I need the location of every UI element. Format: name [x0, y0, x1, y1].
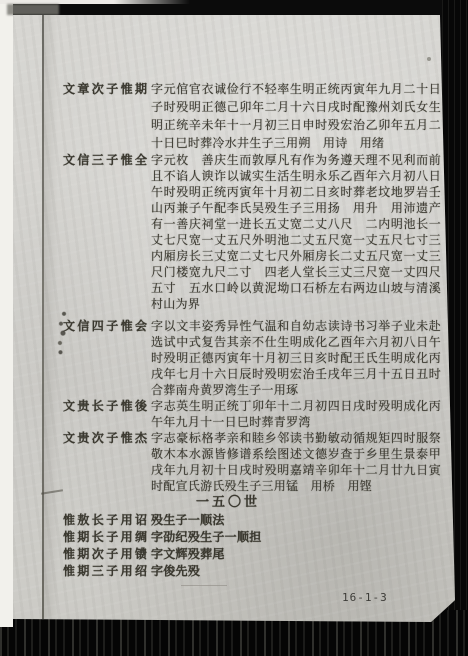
scan-margin-left — [0, 3, 13, 627]
genealogy-entry: 文信三子惟全 字元枚 善庆生而敦厚凡有作为务遵天理不见利而前且不谄人谀诈以诚实生… — [63, 152, 441, 312]
genealogy-entry: 文信四子惟会 字以文丰姿秀异性气温和自幼志读诗书习举子业未赴选试中式复告其亲不仕… — [63, 318, 441, 398]
genealogy-page: 文章次子惟期 字元倌官衣诚俭行不轻率生明正统丙寅年九月二十日子时殁明正德己卯年二… — [13, 15, 455, 622]
entry-person-name: 文贵长子惟後 — [63, 398, 151, 414]
entry-biography: 字以文丰姿秀异性气温和自幼志读诗书习举子业未赴选试中式复告其亲不仕生明成化乙酉年… — [151, 318, 441, 398]
page-number: 16-1-3 — [342, 591, 388, 604]
generation-list: 惟敖长子用诏 殁生子一顺法 惟期长子用绸 字劭纪殁生子一顺担 惟期次子用镄 字文… — [63, 512, 441, 580]
generation-entry: 惟期长子用绸 字劭纪殁生子一顺担 — [63, 529, 441, 546]
entry-biography: 字志豪标格孝亲和睦乡邻读书勤敏动循规矩四时服祭敬木本水源皆修谱系绘图述文德岁查于… — [151, 430, 441, 494]
genealogy-entry: 文贵次子惟杰 字志豪标格孝亲和睦乡邻读书勤敏动循规矩四时服祭敬木本水源皆修谱系绘… — [63, 430, 441, 494]
generation-heading: 一五〇世 — [39, 494, 417, 510]
entry-person-name: 惟期三子用绍 — [63, 563, 151, 580]
page-text: 文章次子惟期 字元倌官衣诚俭行不轻率生明正统丙寅年九月二十日子时殁明正德己卯年二… — [63, 80, 441, 580]
entry-note: 字俊先殁 — [151, 563, 441, 580]
entry-person-name: 文信四子惟会 — [63, 318, 151, 334]
entry-person-name: 惟敖长子用诏 — [63, 512, 151, 529]
generation-entry: 惟期三子用绍 字俊先殁 — [63, 563, 441, 580]
page-fold-shadow — [44, 15, 58, 622]
entry-biography: 字元倌官衣诚俭行不轻率生明正统丙寅年九月二十日子时殁明正德己卯年二月十六日戌时配… — [151, 80, 441, 152]
entry-note: 殁生子一顺法 — [151, 512, 441, 529]
genealogy-entry: 文贵长子惟後 字志英生明正统丁卯年十二月初四日戌时殁明成化丙午年九月十一日巳时葬… — [63, 398, 441, 430]
book-scan: 文章次子惟期 字元倌官衣诚俭行不轻率生明正统丙寅年九月二十日子时殁明正德己卯年二… — [0, 0, 468, 656]
entry-person-name: 文信三子惟全 — [63, 152, 151, 168]
ink-dot-mark — [427, 57, 431, 61]
entry-person-name: 惟期长子用绸 — [63, 529, 151, 546]
entry-note: 字文辉殁葬尾 — [151, 546, 441, 563]
entry-person-name: 文章次子惟期 — [63, 80, 151, 98]
entry-note: 字劭纪殁生子一顺担 — [151, 529, 441, 546]
entry-biography: 字元枚 善庆生而敦厚凡有作为务遵天理不见利而前且不谄人谀诈以诚实生活生明永乐乙酉… — [151, 152, 441, 312]
generation-entry: 惟敖长子用诏 殁生子一顺法 — [63, 512, 441, 529]
genealogy-entry: 文章次子惟期 字元倌官衣诚俭行不轻率生明正统丙寅年九月二十日子时殁明正德己卯年二… — [63, 80, 441, 152]
entry-biography: 字志英生明正统丁卯年十二月初四日戌时殁明成化丙午年九月十一日巳时葬青罗湾 — [151, 398, 441, 430]
pencil-underline — [181, 585, 227, 586]
generation-entry: 惟期次子用镄 字文辉殁葬尾 — [63, 546, 441, 563]
entry-person-name: 惟期次子用镄 — [63, 546, 151, 563]
entry-person-name: 文贵次子惟杰 — [63, 430, 151, 446]
scan-shadow-patch — [7, 4, 59, 15]
